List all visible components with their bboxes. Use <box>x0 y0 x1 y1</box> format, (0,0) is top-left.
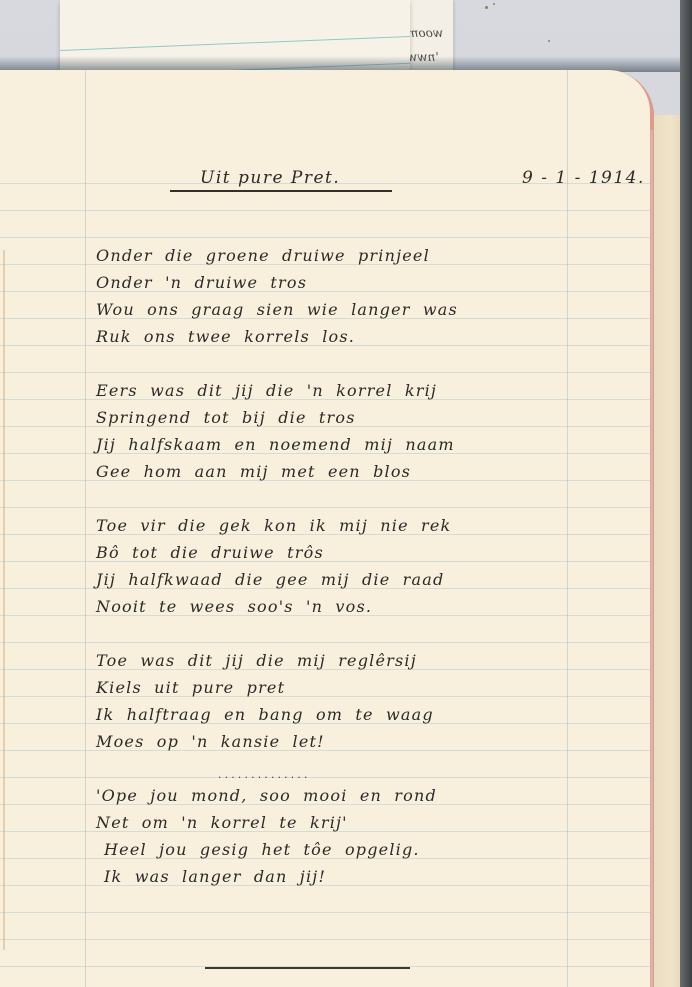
poem-line: Bô tot die druiwe trôs <box>96 543 324 562</box>
poem-line: Ik halftraag en bang om te waag <box>96 705 434 724</box>
poem-line: Ik was langer dan jij! <box>104 867 326 886</box>
mirrored-writing: woom <box>407 26 443 40</box>
poem-line: Heel jou gesig het tôe opgelig. <box>104 840 420 859</box>
ruled-line <box>0 237 650 238</box>
ruled-line <box>0 507 650 508</box>
poem-line: Jij halfskaam en noemend mij naam <box>96 435 455 454</box>
poem-line: Net om 'n korrel te krij' <box>96 813 348 832</box>
ruled-line <box>0 642 650 643</box>
poem-line: Kiels uit pure pret <box>96 678 285 697</box>
poem-line: Toe vir die gek kon ik mij nie rek <box>96 516 451 535</box>
left-margin-line <box>85 70 86 987</box>
poem-line: Onder 'n druiwe tros <box>96 273 307 292</box>
ruled-line <box>0 210 650 211</box>
ruled-line <box>0 912 650 913</box>
end-rule <box>205 967 410 969</box>
notebook-page: Uit pure Pret. 9 - 1 - 1914. Onder die g… <box>0 70 650 987</box>
dust-speck <box>548 40 550 42</box>
poem-line: Jij halfkwaad die gee mij die raad <box>96 570 444 589</box>
poem-line: Springend tot bij die tros <box>96 408 356 427</box>
dotted-separator: .............. <box>217 771 310 781</box>
poem-line: Gee hom aan mij met een blos <box>96 462 411 481</box>
title-underline <box>170 190 392 192</box>
poem-line: Ruk ons twee korrels los. <box>96 327 355 346</box>
poem-line: 'Ope jou mond, soo mooi en rond <box>96 786 437 805</box>
ruled-line <box>0 777 650 778</box>
poem-line: Nooit te wees soo's 'n vos. <box>96 597 372 616</box>
right-margin-line <box>567 70 568 987</box>
poem-line: Wou ons graag sien wie langer was <box>96 300 458 319</box>
poem-line: Eers was dit jij die 'n korrel krij <box>96 381 437 400</box>
poem-line: Onder die groene druiwe prinjeel <box>96 246 430 265</box>
poem-line: Moes op 'n kansie let! <box>96 732 325 751</box>
page-left-edge <box>3 250 5 950</box>
dark-binding-edge <box>680 0 692 987</box>
dust-speck <box>485 6 488 9</box>
loose-paper-rule <box>60 33 410 51</box>
ruled-line <box>0 939 650 940</box>
poem-line: Toe was dit jij die mij reglêrsij <box>96 651 417 670</box>
poem-date: 9 - 1 - 1914. <box>522 168 645 188</box>
poem-title: Uit pure Pret. <box>200 168 340 188</box>
ruled-line <box>0 372 650 373</box>
dust-speck <box>493 3 495 5</box>
